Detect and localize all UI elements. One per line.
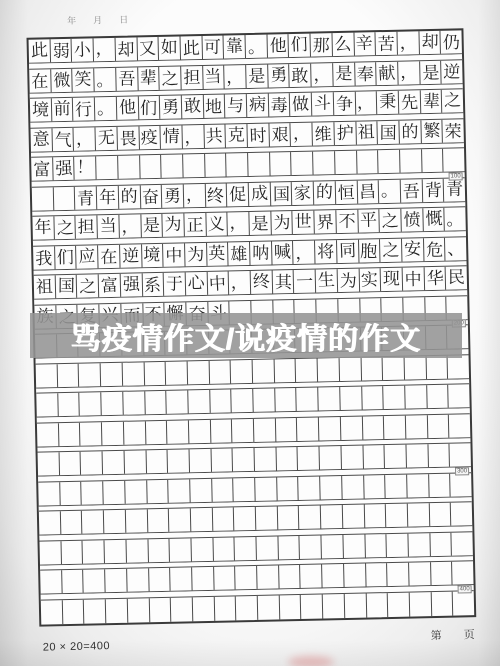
grid-cell: 是 [419, 60, 441, 83]
grid-cell [274, 388, 296, 411]
grid-cell: 笑 [72, 68, 94, 91]
grid-cell [448, 414, 470, 437]
handwritten-character: 恒 [337, 184, 354, 201]
handwritten-character: 国 [380, 124, 397, 141]
handwritten-character: 苦 [378, 36, 395, 53]
grid-cell: 的 [313, 181, 335, 204]
grid-cell: 行 [72, 97, 94, 120]
handwritten-character: 终 [252, 273, 270, 291]
grid-cell: 他 [116, 96, 138, 119]
grid-cell: 如 [158, 36, 180, 59]
grid-cell [317, 358, 339, 381]
handwritten-character: 不 [338, 213, 355, 230]
grid-cell: ， [290, 122, 312, 145]
grid-cell: 终 [204, 183, 226, 206]
grid-cell: 背 [421, 178, 443, 201]
grid-cell [37, 423, 58, 446]
grid-cell [139, 155, 161, 178]
handwritten-character: ， [96, 40, 113, 57]
grid-cell [340, 446, 362, 469]
grid-cell [312, 151, 334, 174]
grid-cell [298, 476, 320, 499]
grid-cell: 应 [75, 245, 97, 268]
grid-cell [58, 452, 80, 475]
grid-cell [213, 566, 235, 589]
handwritten-character: 如 [161, 39, 178, 56]
grid-cell: ， [396, 31, 418, 54]
grid-cell: 疫 [138, 125, 160, 148]
grid-cell [426, 385, 448, 408]
grid-cell [187, 390, 209, 413]
grid-cell [57, 393, 79, 416]
grid-cell: 生 [315, 269, 337, 292]
grid-cell: 之 [379, 238, 401, 261]
grid-cell [322, 594, 344, 618]
grid-cell [95, 156, 117, 179]
grid-cell: 情 [160, 125, 182, 148]
grid-cell [405, 444, 427, 467]
grid-cell: 奉 [354, 62, 376, 85]
grid-cell [319, 446, 341, 469]
grid-cell [38, 482, 59, 505]
handwritten-character: 中 [165, 247, 182, 264]
grid-cell [409, 592, 431, 616]
grid-cell [102, 480, 124, 503]
grid-cell [360, 357, 382, 380]
grid-cell [291, 152, 313, 175]
handwritten-character: 时 [249, 127, 267, 145]
grid-cell [124, 480, 146, 503]
handwritten-character: 将 [317, 243, 334, 260]
grid-cell: 青 [443, 178, 465, 201]
paper-date-header: 年月日 [67, 12, 145, 27]
handwritten-character: 献 [378, 64, 396, 82]
grid-cell [100, 362, 122, 385]
grid-cell [255, 506, 277, 529]
grid-cell: 克 [225, 124, 247, 147]
grid-cell: 却 [418, 31, 440, 54]
grid-cell: 此 [179, 36, 201, 59]
grid-cell: ， [93, 38, 115, 61]
handwritten-character: 应 [78, 247, 96, 265]
grid-cell: 国 [377, 120, 399, 143]
grid-cell: 他 [266, 34, 288, 57]
handwritten-character: ， [357, 94, 374, 111]
handwritten-character: 为 [187, 245, 205, 263]
handwritten-character: 逆 [443, 63, 460, 80]
grid-cell: 是 [245, 64, 267, 87]
handwritten-character: 危 [426, 241, 443, 258]
handwritten-character: 辈 [422, 93, 439, 110]
handwritten-character: 却 [421, 33, 438, 50]
grid-cell [257, 595, 279, 619]
handwritten-character: ， [293, 124, 310, 141]
handwritten-character: 。 [96, 71, 114, 89]
handwritten-character: 青 [446, 180, 463, 197]
grid-cell [78, 363, 100, 386]
handwritten-character: 繁 [423, 121, 441, 139]
handwritten-character: ， [226, 68, 243, 85]
handwritten-character: 为 [164, 216, 182, 234]
handwritten-character: 却 [117, 41, 134, 58]
grid-cell [451, 561, 473, 584]
grid-cell: 喊 [271, 241, 293, 264]
grid-cell: 么 [331, 33, 353, 56]
grid-cell: 畏 [116, 126, 138, 149]
grid-cell [273, 359, 295, 382]
grid-cell: 在 [97, 244, 119, 267]
grid-cell [407, 503, 429, 526]
grid-cell [102, 451, 124, 474]
handwritten-character: 的 [401, 123, 418, 140]
grid-cell [231, 389, 253, 412]
grid-cell [80, 451, 102, 474]
grid-cell: 气 [51, 127, 73, 150]
grid-cell [451, 532, 473, 555]
grid-cell: 之 [379, 209, 401, 232]
grid-cell: 逆 [119, 244, 141, 267]
grid-cell: 世 [292, 211, 314, 234]
grid-cell [255, 536, 277, 559]
handwritten-character: 民 [448, 269, 465, 286]
handwritten-character: 中 [209, 275, 227, 293]
grid-cell [144, 420, 166, 443]
grid-cell [429, 532, 451, 555]
handwritten-character: 先 [400, 94, 418, 112]
grid-cell [300, 594, 322, 618]
grid-cell [448, 384, 470, 407]
grid-cell: 病 [246, 94, 268, 117]
grid-cell [59, 481, 81, 504]
grid-cell [277, 506, 299, 529]
grid-cell [425, 355, 447, 378]
grid-cell [230, 359, 252, 382]
handwritten-character: 逆 [122, 247, 140, 265]
handwritten-character: 是 [335, 65, 352, 82]
handwritten-character: 富 [33, 161, 50, 178]
grid-cell: 敢 [181, 95, 203, 118]
grid-cell: 斗 [311, 92, 333, 115]
handwritten-character: 畏 [119, 130, 136, 147]
grid-cell: 辈 [137, 66, 159, 89]
grid-cell: 华 [423, 267, 445, 290]
grid-cell [269, 152, 291, 175]
handwritten-character: 微 [53, 71, 71, 89]
grid-cell [426, 414, 448, 437]
grid-cell: 微 [50, 68, 72, 91]
grid-cell: 界 [313, 210, 335, 233]
grid-cell [275, 447, 297, 470]
grid-cell: 奋 [139, 184, 161, 207]
grid-cell [340, 416, 362, 439]
handwritten-character: 当 [99, 217, 117, 235]
handwritten-character: 之 [444, 92, 462, 110]
grid-cell [191, 567, 213, 590]
handwritten-character: ， [400, 63, 417, 80]
grid-cell [361, 386, 383, 409]
grid-cell [383, 415, 405, 438]
grid-cell: 与 [224, 94, 246, 117]
grid-cell: ， [292, 240, 314, 263]
grid-cell: 无 [95, 126, 117, 149]
grid-cell: 却 [114, 37, 136, 60]
grid-cell: 终 [250, 271, 272, 294]
grid-cell [356, 150, 378, 173]
grid-cell [449, 473, 471, 496]
handwritten-character: 地 [205, 98, 222, 115]
handwritten-character: 愤 [403, 211, 420, 228]
handwritten-character: ！ [77, 159, 94, 176]
handwritten-character: 境 [32, 101, 49, 118]
grid-cell: ， [228, 271, 250, 294]
grid-cell: 。 [378, 179, 400, 202]
handwritten-character: 辛 [356, 34, 374, 52]
grid-cell: 共 [203, 124, 225, 147]
grid-cell [321, 535, 343, 558]
handwritten-character: 正 [186, 217, 203, 234]
grid-cell [167, 479, 189, 502]
grid-cell [318, 417, 340, 440]
grid-cell [428, 503, 450, 526]
grid-cell: 勇 [161, 184, 183, 207]
grid-cell [126, 568, 148, 591]
grid-cell [247, 153, 269, 176]
handwritten-character: 祖 [35, 278, 53, 296]
grid-cell: ， [73, 127, 95, 150]
grid-cell [298, 506, 320, 529]
handwritten-character: 奋 [142, 188, 160, 206]
grid-cell [210, 419, 232, 442]
grid-cell [334, 151, 356, 174]
grid-cell [387, 592, 409, 616]
handwritten-character: 系 [144, 276, 162, 294]
grid-cell: 系 [141, 273, 163, 296]
handwritten-character: 于 [166, 276, 183, 293]
grid-cell [404, 385, 426, 408]
grid-cell [321, 564, 343, 587]
handwritten-character: 们 [291, 36, 309, 54]
photo-smudge-artifact [288, 656, 334, 666]
handwritten-character: 在 [31, 73, 48, 90]
grid-cell [39, 541, 60, 564]
grid-cell [189, 478, 211, 501]
handwritten-character: 勇 [164, 187, 181, 204]
grid-cell: 义 [205, 212, 227, 235]
grid-cell [165, 361, 187, 384]
grid-cell [386, 533, 408, 556]
grid-cell: 担 [75, 215, 97, 238]
handwritten-character: 胞 [361, 243, 378, 260]
handwritten-character: 在 [100, 248, 117, 265]
grid-cell: 意 [30, 128, 51, 151]
grid-cell [143, 361, 165, 384]
grid-cell [188, 419, 210, 442]
grid-cell [38, 452, 59, 475]
grid-cell [211, 478, 233, 501]
grid-cell [427, 444, 449, 467]
grid-cell: 是 [332, 62, 354, 85]
handwritten-character: 家 [294, 184, 312, 202]
grid-cell: 可 [201, 36, 223, 59]
grid-cell: 家 [291, 181, 313, 204]
grid-cell [123, 450, 145, 473]
handwritten-character: 年 [34, 219, 51, 236]
handwritten-character: 实 [361, 271, 379, 289]
grid-cell: 实 [358, 268, 380, 291]
handwritten-character: 昌 [359, 182, 377, 200]
grid-cell [147, 538, 169, 561]
grid-cell [299, 535, 321, 558]
grid-cell: 现 [380, 268, 402, 291]
handwritten-character: 是 [251, 215, 268, 232]
handwritten-character: 平 [360, 212, 377, 229]
grid-cell: 又 [136, 37, 158, 60]
grid-cell: 呐 [249, 241, 271, 264]
handwritten-character: 艰 [271, 126, 288, 143]
grid-cell [252, 359, 274, 382]
grid-cell: 靠 [223, 35, 245, 58]
handwritten-character: 。 [381, 182, 398, 199]
grid-cell: 之 [441, 89, 463, 112]
grid-cell: 。 [94, 97, 116, 120]
grid-cell: 其 [271, 270, 293, 293]
grid-cell [81, 481, 103, 504]
grid-cell: 。 [93, 67, 115, 90]
handwritten-character: 的 [120, 187, 137, 204]
handwritten-character: 国 [272, 185, 289, 202]
grid-cell [36, 364, 57, 387]
handwritten-character: ， [184, 128, 201, 145]
grid-cell [170, 597, 192, 621]
handwritten-character: 弱 [52, 43, 69, 60]
grid-cell: 当 [202, 65, 224, 88]
grid-cell [146, 509, 168, 532]
handwritten-character: ， [295, 244, 313, 262]
grid-cell [40, 570, 61, 593]
handwritten-character: 情 [163, 127, 180, 144]
grid-cell: 之 [53, 216, 75, 239]
grid-cell [339, 387, 361, 410]
handwritten-character: 之 [381, 212, 399, 230]
handwritten-character: ， [399, 34, 417, 52]
handwritten-character: 共 [206, 127, 224, 145]
grid-cell [190, 508, 212, 531]
photo-of-essay-page: { "overlay": { "title": "骂疫情作文/说疫情的作文", … [0, 0, 500, 666]
char-count-marker: 300 [455, 467, 469, 475]
grid-cell [210, 448, 232, 471]
handwritten-character: 是 [143, 217, 160, 234]
grid-cell: 是 [140, 214, 162, 237]
grid-cell [430, 591, 452, 615]
grid-cell [166, 420, 188, 443]
grid-cell [405, 415, 427, 438]
grid-cell: 敢 [289, 63, 311, 86]
grid-cell: 英 [206, 242, 228, 265]
grid-cell: ， [223, 65, 245, 88]
grid-cell [341, 475, 363, 498]
grid-cell [36, 393, 57, 416]
grid-cell [361, 416, 383, 439]
handwritten-character: 之 [382, 241, 399, 258]
handwritten-character: 可 [204, 39, 221, 56]
handwritten-character: 。 [247, 38, 265, 56]
handwritten-character: 意 [32, 130, 50, 148]
handwritten-character: ， [313, 66, 331, 84]
grid-cell [254, 477, 276, 500]
grid-cell [275, 418, 297, 441]
grid-cell [276, 476, 298, 499]
grid-cell [364, 534, 386, 557]
grid-cell: 恒 [335, 180, 357, 203]
handwritten-character: 中 [404, 271, 421, 288]
handwritten-character: 界 [316, 214, 334, 232]
handwritten-character: 英 [209, 244, 226, 261]
grid-cell [442, 148, 464, 171]
grid-cell: 护 [333, 121, 355, 144]
grid-cell: 之 [158, 66, 180, 89]
handwritten-character: 病 [249, 96, 266, 113]
handwritten-character: 争 [335, 95, 353, 113]
handwritten-character: 义 [208, 215, 226, 233]
handwritten-character: 世 [295, 213, 312, 230]
grid-cell: ， [183, 183, 205, 206]
grid-cell [82, 540, 104, 563]
grid-cell: 在 [29, 69, 50, 92]
grid-cell: 于 [163, 272, 185, 295]
handwritten-character: 之 [161, 69, 179, 87]
grid-cell: 青 [74, 186, 96, 209]
handwritten-character: 强 [123, 276, 140, 293]
grid-cell: ， [181, 124, 203, 147]
grid-cell [319, 476, 341, 499]
grid-cell [190, 537, 212, 560]
grid-cell [277, 535, 299, 558]
handwritten-character: 此 [30, 41, 48, 59]
grid-cell: 祖 [355, 121, 377, 144]
grid-cell: 勇 [267, 64, 289, 87]
handwritten-character: 担 [183, 69, 200, 86]
grid-cell: 毒 [268, 93, 290, 116]
grid-cell: 。 [444, 207, 466, 230]
grid-cell [403, 356, 425, 379]
handwritten-character: 国 [57, 277, 74, 294]
handwritten-character: 他 [118, 99, 136, 117]
caption-overlay-banner: 骂疫情作文/说疫情的作文 [30, 313, 462, 358]
handwritten-character: 勇 [269, 66, 287, 84]
grid-cell: 维 [312, 122, 334, 145]
grid-cell [256, 565, 278, 588]
grid-cell [123, 421, 145, 444]
handwritten-character: 呐 [252, 244, 269, 261]
grid-cell [338, 357, 360, 380]
handwritten-character: 其 [274, 274, 291, 291]
grid-cell: 国 [269, 182, 291, 205]
handwritten-character: 当 [205, 67, 223, 85]
grid-cell [428, 473, 450, 496]
grid-cell: 苦 [375, 32, 397, 55]
grid-cell [101, 421, 123, 444]
grid-cell: 我 [33, 246, 54, 269]
grid-cell [252, 388, 274, 411]
handwritten-character: 慨 [425, 210, 443, 228]
grid-cell: 正 [183, 213, 205, 236]
handwritten-character: 生 [317, 271, 335, 289]
grid-cell [295, 358, 317, 381]
grid-cell [160, 154, 182, 177]
handwritten-character: 。 [447, 211, 464, 228]
handwritten-character: 勇 [162, 98, 179, 115]
grid-cell: 为 [270, 211, 292, 234]
